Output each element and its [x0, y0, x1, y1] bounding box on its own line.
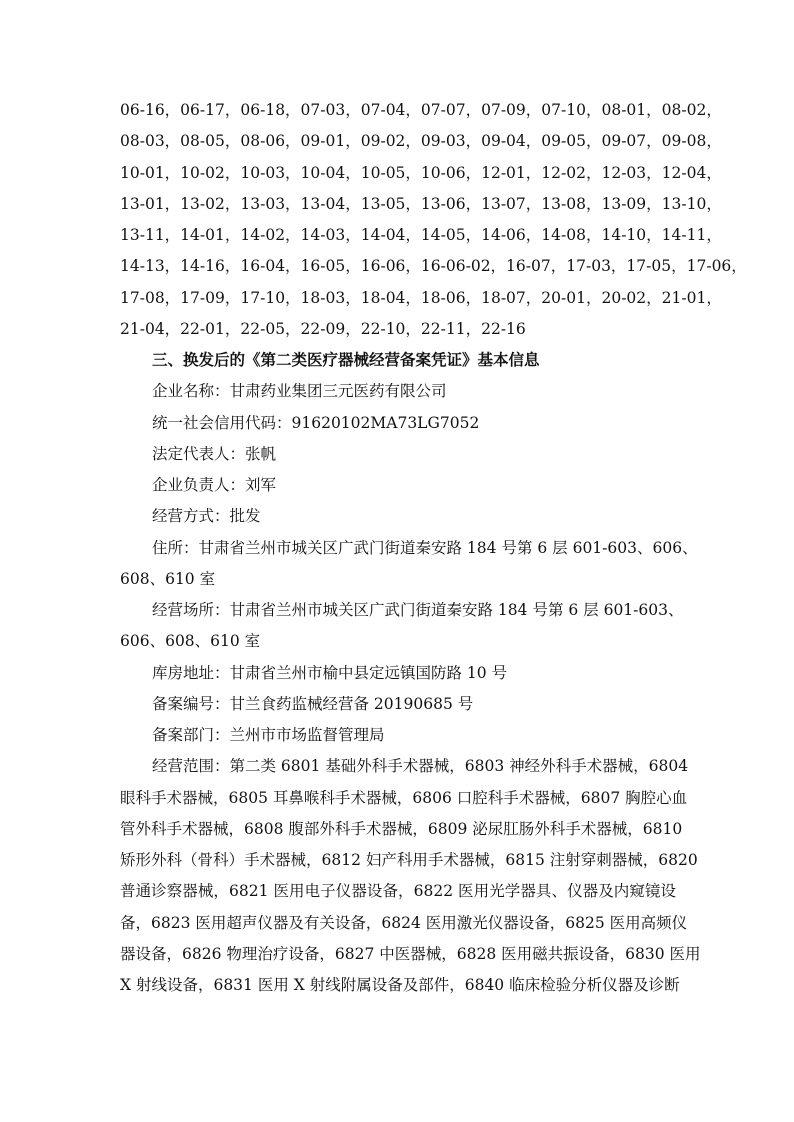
document-page: 06-16，06-17，06-18，07-03，07-04，07-07，07-0…: [0, 0, 794, 1122]
company-name: 企业名称：甘肃药业集团三元医药有限公司: [120, 376, 676, 407]
code-line: 14-13，14-16，16-04，16-05，16-06，16-06-02，1…: [120, 251, 676, 282]
warehouse-address: 库房地址：甘肃省兰州市榆中县定远镇国防路 10 号: [120, 658, 676, 689]
code-line: 13-01，13-02，13-03，13-04，13-05，13-06，13-0…: [120, 189, 676, 220]
business-premises: 经营场所：甘肃省兰州市城关区广武门街道秦安路 184 号第 6 层 601-60…: [120, 595, 676, 626]
residence-address-cont: 608、610 室: [120, 564, 676, 595]
filing-number: 备案编号：甘兰食药监械经营备 20190685 号: [120, 689, 676, 720]
business-scope-cont: 备，6823 医用超声仪器及有关设备，6824 医用激光仪器设备，6825 医用…: [120, 908, 676, 939]
document-body: 06-16，06-17，06-18，07-03，07-04，07-07，07-0…: [120, 95, 676, 1001]
business-premises-cont: 606、608、610 室: [120, 626, 676, 657]
business-scope-cont: 矫形外科（骨科）手术器械，6812 妇产科用手术器械，6815 注射穿刺器械，6…: [120, 845, 676, 876]
person-in-charge: 企业负责人：刘军: [120, 470, 676, 501]
legal-representative: 法定代表人：张帆: [120, 439, 676, 470]
residence-address: 住所：甘肃省兰州市城关区广武门街道秦安路 184 号第 6 层 601-603、…: [120, 533, 676, 564]
filing-department: 备案部门：兰州市市场监督管理局: [120, 720, 676, 751]
business-scope-cont: 器设备，6826 物理治疗设备，6827 中医器械，6828 医用磁共振设备，6…: [120, 939, 676, 970]
code-line: 21-04，22-01，22-05，22-09，22-10，22-11，22-1…: [120, 314, 676, 345]
business-scope-cont: 眼科手术器械，6805 耳鼻喉科手术器械，6806 口腔科手术器械，6807 胸…: [120, 783, 676, 814]
code-line: 17-08，17-09，17-10，18-03，18-04，18-06，18-0…: [120, 283, 676, 314]
code-line: 06-16，06-17，06-18，07-03，07-04，07-07，07-0…: [120, 95, 676, 126]
code-line: 08-03，08-05，08-06，09-01，09-02，09-03，09-0…: [120, 126, 676, 157]
code-line: 10-01，10-02，10-03，10-04，10-05，10-06，12-0…: [120, 158, 676, 189]
credit-code: 统一社会信用代码：91620102MA73LG7052: [120, 408, 676, 439]
code-line: 13-11，14-01，14-02，14-03，14-04，14-05，14-0…: [120, 220, 676, 251]
business-scope: 经营范围：第二类 6801 基础外科手术器械，6803 神经外科手术器械，680…: [120, 751, 676, 782]
business-scope-cont: 管外科手术器械，6808 腹部外科手术器械，6809 泌尿肛肠外科手术器械，68…: [120, 814, 676, 845]
business-scope-cont: X 射线设备，6831 医用 X 射线附属设备及部件，6840 临床检验分析仪器…: [120, 970, 676, 1001]
business-mode: 经营方式：批发: [120, 501, 676, 532]
business-scope-cont: 普通诊察器械，6821 医用电子仪器设备，6822 医用光学器具、仪器及内窥镜设: [120, 876, 676, 907]
section-heading: 三、换发后的《第二类医疗器械经营备案凭证》基本信息: [120, 345, 676, 376]
